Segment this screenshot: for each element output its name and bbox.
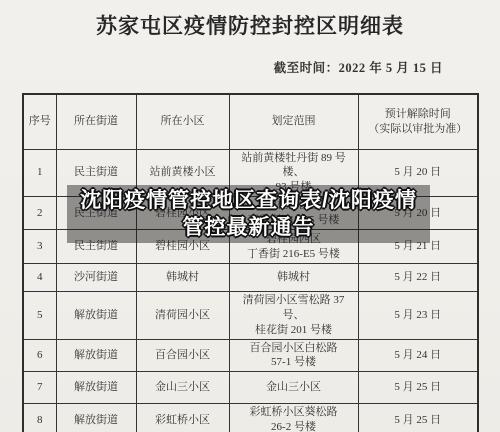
cell-date: 5 月 25 日	[358, 404, 478, 432]
cell-community: 韩城村	[136, 264, 229, 292]
header-community: 所在小区	[136, 94, 229, 149]
cell-street: 解放街道	[56, 404, 136, 432]
cell-community: 金山三小区	[136, 372, 229, 404]
cell-no: 3	[23, 230, 56, 264]
header-scope: 划定范围	[229, 94, 358, 149]
cell-scope: 金山三小区	[229, 372, 358, 404]
watermark-overlay: 沈阳疫情管控地区查询表/沈阳疫情 管控最新通告	[67, 185, 430, 243]
cell-no: 8	[23, 404, 56, 432]
table-row: 7解放街道金山三小区金山三小区5 月 25 日	[23, 372, 478, 404]
watermark-line2: 管控最新通告	[183, 214, 315, 241]
cell-date: 5 月 22 日	[358, 264, 478, 292]
cell-date: 5 月 24 日	[358, 339, 478, 372]
cell-street: 解放街道	[56, 339, 136, 372]
lockdown-areas-table: 序号 所在街道 所在小区 划定范围 预计解除时间 （实际以审批为准） 1民主街道…	[22, 93, 479, 432]
cell-date: 5 月 23 日	[358, 292, 478, 340]
document-title: 苏家屯区疫情防控封控区明细表	[0, 10, 500, 40]
cell-scope: 彩虹桥小区葵松路 26-2 号楼	[229, 404, 358, 432]
table-row: 4沙河街道韩城村韩城村5 月 22 日	[23, 264, 478, 292]
cell-scope: 韩城村	[229, 264, 358, 292]
cell-scope: 清荷园小区雪松路 37 号、 桂花街 201 号楼	[229, 292, 358, 340]
cell-date: 5 月 25 日	[358, 372, 478, 404]
cell-community: 清荷园小区	[136, 292, 229, 340]
table-header-row: 序号 所在街道 所在小区 划定范围 预计解除时间 （实际以审批为准）	[23, 94, 478, 149]
header-no: 序号	[23, 94, 56, 149]
header-release-time: 预计解除时间 （实际以审批为准）	[358, 94, 478, 149]
cell-no: 6	[23, 339, 56, 372]
table-row: 8解放街道彩虹桥小区彩虹桥小区葵松路 26-2 号楼5 月 25 日	[23, 404, 478, 432]
document-page: 苏家屯区疫情防控封控区明细表 截至时间：2022 年 5 月 15 日 序号 所…	[0, 0, 500, 432]
header-street: 所在街道	[56, 94, 136, 149]
cell-no: 4	[23, 264, 56, 292]
cell-no: 5	[23, 292, 56, 340]
cell-scope: 百合园小区白松路 57-1 号楼	[229, 339, 358, 372]
as-of-date: 截至时间：2022 年 5 月 15 日	[0, 58, 443, 76]
table-row: 6解放街道百合园小区百合园小区白松路 57-1 号楼5 月 24 日	[23, 339, 478, 372]
cell-street: 沙河街道	[56, 264, 136, 292]
cell-no: 7	[23, 372, 56, 404]
cell-community: 彩虹桥小区	[136, 404, 229, 432]
cell-no: 2	[23, 197, 56, 230]
watermark-line1: 沈阳疫情管控地区查询表/沈阳疫情	[80, 187, 417, 214]
cell-no: 1	[23, 149, 56, 197]
cell-community: 百合园小区	[136, 339, 229, 372]
cell-street: 解放街道	[56, 372, 136, 404]
cell-street: 解放街道	[56, 292, 136, 340]
table-row: 5解放街道清荷园小区清荷园小区雪松路 37 号、 桂花街 201 号楼5 月 2…	[23, 292, 478, 340]
